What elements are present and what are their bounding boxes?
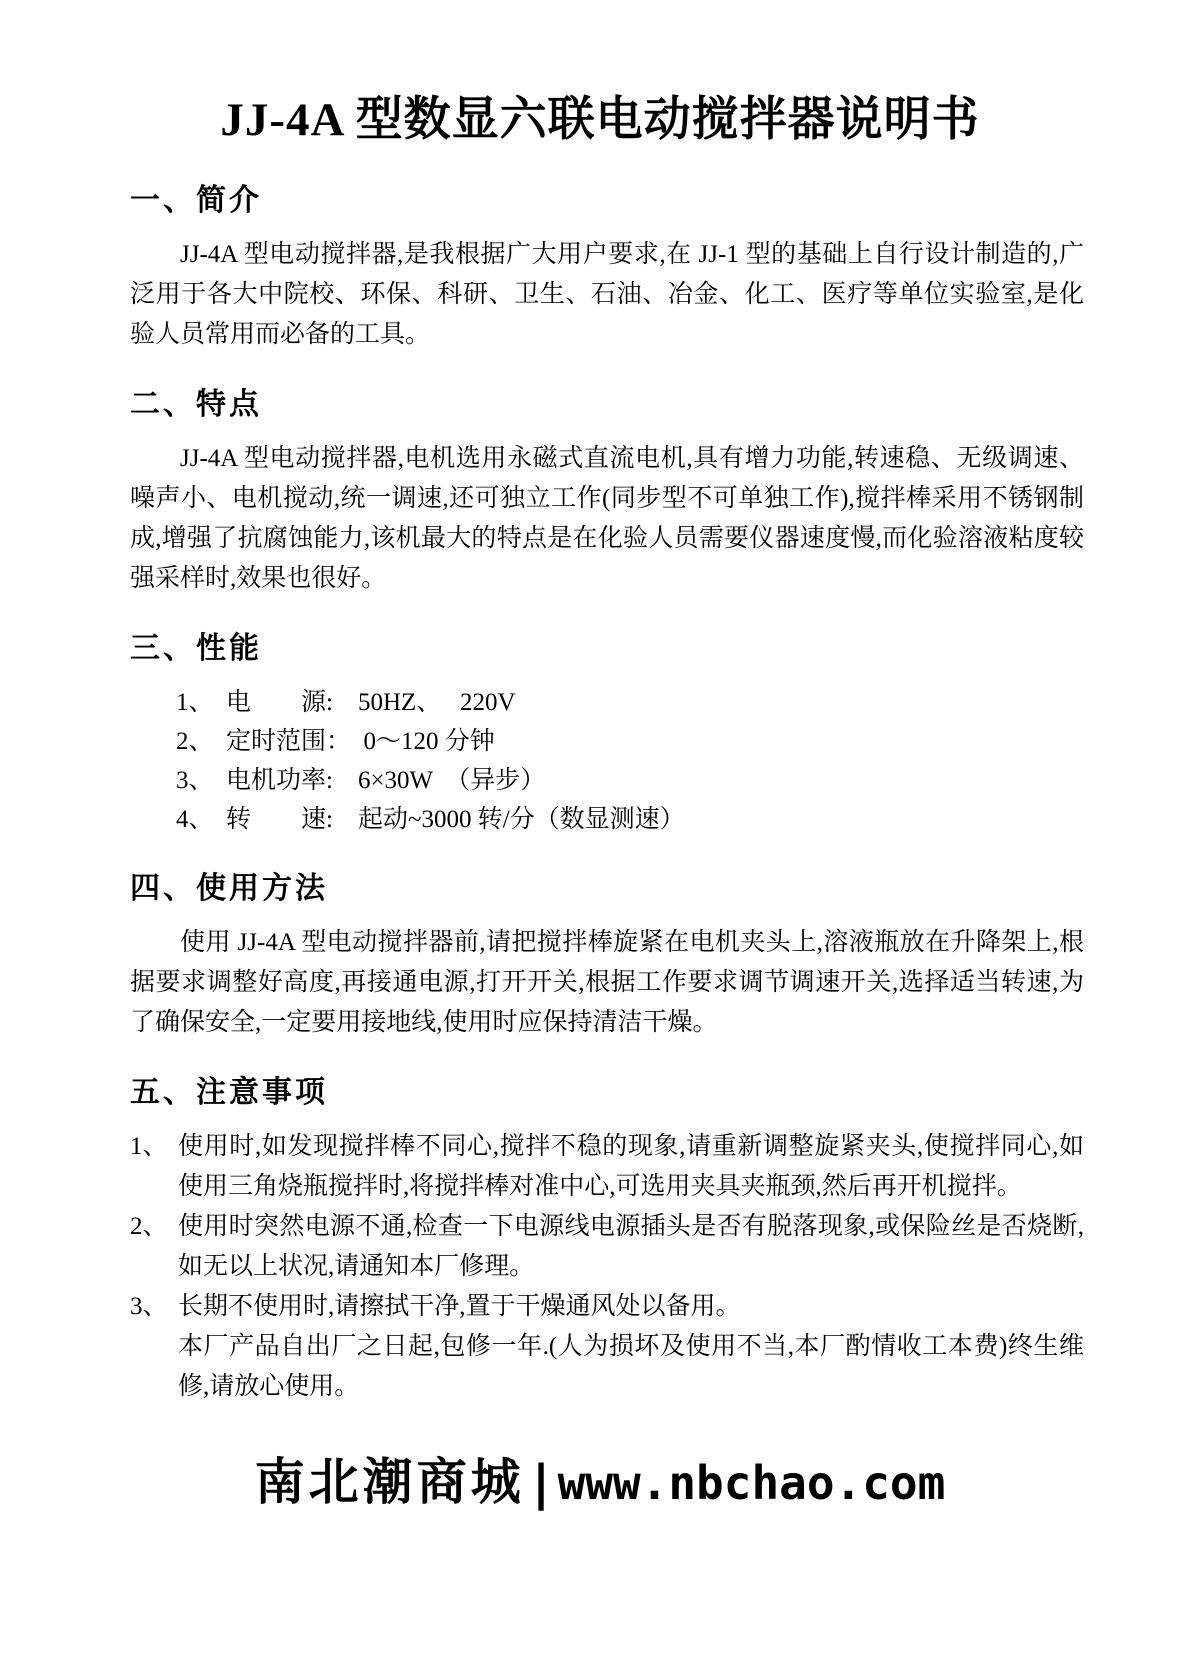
spec-list: 1、 电 源: 50HZ、 220V 2、 定时范围： 0～120 分钟 3、 … <box>176 683 1084 839</box>
warranty-paragraph: 本厂产品自出厂之日起,包修一年.(人为损坏及使用不当,本厂酌情收工本费)终生维修… <box>178 1327 1084 1407</box>
section-heading-usage: 四、使用方法 <box>130 871 1084 907</box>
notes-list: 1、 使用时,如发现搅拌棒不同心,搅拌不稳的现象,请重新调整旋紧夹头,使搅拌同心… <box>130 1127 1084 1407</box>
section-heading-specs: 三、性能 <box>130 631 1084 667</box>
document-body: 一、简介 JJ-4A 型电动搅拌器,是我根据广大用户要求,在 JJ-1 型的基础… <box>0 183 1200 1407</box>
note-number: 2、 <box>130 1207 178 1247</box>
section-heading-intro: 一、简介 <box>130 183 1084 219</box>
spec-item-timer-range: 2、 定时范围： 0～120 分钟 <box>176 722 1084 761</box>
page-title: JJ-4A 型数显六联电动搅拌器说明书 <box>0 0 1200 151</box>
footer-brand-name: 南北潮商城 <box>255 1454 525 1510</box>
note-text: 长期不使用时,请擦拭干净,置于干燥通风处以备用。 <box>178 1287 1084 1327</box>
usage-paragraph: 使用 JJ-4A 型电动搅拌器前,请把搅拌棒旋紧在电机夹头上,溶液瓶放在升降架上… <box>130 923 1084 1043</box>
intro-paragraph: JJ-4A 型电动搅拌器,是我根据广大用户要求,在 JJ-1 型的基础上自行设计… <box>130 235 1084 355</box>
note-item: 1、 使用时,如发现搅拌棒不同心,搅拌不稳的现象,请重新调整旋紧夹头,使搅拌同心… <box>130 1127 1084 1207</box>
footer-website-url: www.nbchao.com <box>558 1456 946 1510</box>
note-text: 使用时,如发现搅拌棒不同心,搅拌不稳的现象,请重新调整旋紧夹头,使搅拌同心,如使… <box>178 1127 1084 1207</box>
note-text: 使用时突然电源不通,检查一下电源线电源插头是否有脱落现象,或保险丝是否烧断,如无… <box>178 1207 1084 1287</box>
features-paragraph: JJ-4A 型电动搅拌器,电机选用永磁式直流电机,具有增力功能,转速稳、无级调速… <box>130 439 1084 599</box>
footer-separator: | <box>527 1455 556 1511</box>
spec-item-motor-power: 3、 电机功率: 6×30W （异步） <box>176 761 1084 800</box>
section-heading-features: 二、特点 <box>130 387 1084 423</box>
manual-page: JJ-4A 型数显六联电动搅拌器说明书 一、简介 JJ-4A 型电动搅拌器,是我… <box>0 0 1200 1664</box>
spec-item-power: 1、 电 源: 50HZ、 220V <box>176 683 1084 722</box>
note-number: 3、 <box>130 1287 178 1327</box>
footer-watermark: 南北潮商城|www.nbchao.com <box>0 1442 1200 1514</box>
note-number: 1、 <box>130 1127 178 1167</box>
note-item: 3、 长期不使用时,请擦拭干净,置于干燥通风处以备用。 <box>130 1287 1084 1327</box>
spec-item-speed: 4、 转 速: 起动~3000 转/分（数显测速） <box>176 800 1084 839</box>
note-item: 2、 使用时突然电源不通,检查一下电源线电源插头是否有脱落现象,或保险丝是否烧断… <box>130 1207 1084 1287</box>
section-heading-notes: 五、注意事项 <box>130 1075 1084 1111</box>
